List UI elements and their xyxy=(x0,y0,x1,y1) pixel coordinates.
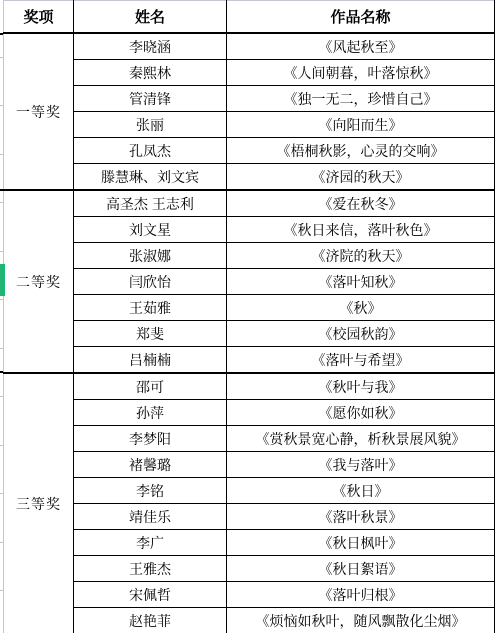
name-cell: 靖佳乐 xyxy=(74,504,227,530)
award-group-cell: 一等奖 xyxy=(4,33,74,190)
work-cell: 《风起秋至》 xyxy=(227,33,495,60)
work-cell: 《秋日》 xyxy=(227,478,495,504)
name-cell: 高圣杰 王志利 xyxy=(74,190,227,217)
col-header-work: 作品名称 xyxy=(227,1,495,34)
work-cell: 《落叶归根》 xyxy=(227,582,495,608)
work-cell: 《我与落叶》 xyxy=(227,452,495,478)
awards-table: 奖项 姓名 作品名称 一等奖 李晓涵 《风起秋至》 秦熙林 《人间朝暮，叶落惊秋… xyxy=(3,0,495,633)
work-cell: 《赏秋景宽心静，析秋景展风貌》 xyxy=(227,426,495,452)
work-cell: 《落叶知秋》 xyxy=(227,269,495,295)
table-row: 张淑娜 《济院的秋天》 xyxy=(4,243,495,269)
table-row: 管清锋 《独一无二，珍惜自己》 xyxy=(4,86,495,112)
award-group-cell: 二等奖 xyxy=(4,190,74,373)
name-cell: 秦熙林 xyxy=(74,60,227,86)
name-cell: 滕慧琳、刘文宾 xyxy=(74,164,227,191)
name-cell: 李梦阳 xyxy=(74,426,227,452)
name-cell: 褚馨璐 xyxy=(74,452,227,478)
table-row: 秦熙林 《人间朝暮，叶落惊秋》 xyxy=(4,60,495,86)
table-row: 王茹雅 《秋》 xyxy=(4,295,495,321)
table-row: 孔凤杰 《梧桐秋影，心灵的交响》 xyxy=(4,138,495,164)
table-row: 刘文星 《秋日来信，落叶秋色》 xyxy=(4,217,495,243)
header-row: 奖项 姓名 作品名称 xyxy=(4,1,495,34)
table-row: 孙萍 《愿你如秋》 xyxy=(4,400,495,426)
name-cell: 管清锋 xyxy=(74,86,227,112)
table-row: 李广 《秋日枫叶》 xyxy=(4,530,495,556)
name-cell: 闫欣怡 xyxy=(74,269,227,295)
col-header-name: 姓名 xyxy=(74,1,227,34)
name-cell: 李广 xyxy=(74,530,227,556)
work-cell: 《爱在秋冬》 xyxy=(227,190,495,217)
name-cell: 赵艳菲 xyxy=(74,608,227,633)
work-cell: 《秋叶与我》 xyxy=(227,373,495,400)
name-cell: 邵可 xyxy=(74,373,227,400)
name-cell: 张淑娜 xyxy=(74,243,227,269)
selection-indicator xyxy=(0,264,5,296)
table-row: 李梦阳 《赏秋景宽心静，析秋景展风貌》 xyxy=(4,426,495,452)
work-cell: 《人间朝暮，叶落惊秋》 xyxy=(227,60,495,86)
name-cell: 李晓涵 xyxy=(74,33,227,60)
col-header-award: 奖项 xyxy=(4,1,74,34)
table-row: 赵艳菲 《烦恼如秋叶，随风飘散化尘烟》 xyxy=(4,608,495,633)
work-cell: 《落叶秋景》 xyxy=(227,504,495,530)
name-cell: 孔凤杰 xyxy=(74,138,227,164)
name-cell: 王雅杰 xyxy=(74,556,227,582)
work-cell: 《秋日来信，落叶秋色》 xyxy=(227,217,495,243)
name-cell: 王茹雅 xyxy=(74,295,227,321)
name-cell: 刘文星 xyxy=(74,217,227,243)
table-row: 滕慧琳、刘文宾 《济园的秋天》 xyxy=(4,164,495,191)
table-row: 王雅杰 《秋日絮语》 xyxy=(4,556,495,582)
award-group-cell: 三等奖 xyxy=(4,373,74,633)
table-row: 张丽 《向阳而生》 xyxy=(4,112,495,138)
table-row: 二等奖 高圣杰 王志利 《爱在秋冬》 xyxy=(4,190,495,217)
work-cell: 《烦恼如秋叶，随风飘散化尘烟》 xyxy=(227,608,495,633)
table-row: 一等奖 李晓涵 《风起秋至》 xyxy=(4,33,495,60)
work-cell: 《济园的秋天》 xyxy=(227,164,495,191)
work-cell: 《向阳而生》 xyxy=(227,112,495,138)
table-row: 李铭 《秋日》 xyxy=(4,478,495,504)
table-row: 褚馨璐 《我与落叶》 xyxy=(4,452,495,478)
table-row: 三等奖 邵可 《秋叶与我》 xyxy=(4,373,495,400)
name-cell: 宋佩哲 xyxy=(74,582,227,608)
work-cell: 《秋》 xyxy=(227,295,495,321)
table-row: 郑斐 《校园秋韵》 xyxy=(4,321,495,347)
work-cell: 《独一无二，珍惜自己》 xyxy=(227,86,495,112)
name-cell: 李铭 xyxy=(74,478,227,504)
awards-table-wrap: 奖项 姓名 作品名称 一等奖 李晓涵 《风起秋至》 秦熙林 《人间朝暮，叶落惊秋… xyxy=(3,0,495,633)
work-cell: 《秋日枫叶》 xyxy=(227,530,495,556)
work-cell: 《秋日絮语》 xyxy=(227,556,495,582)
work-cell: 《济院的秋天》 xyxy=(227,243,495,269)
work-cell: 《落叶与希望》 xyxy=(227,347,495,374)
table-row: 闫欣怡 《落叶知秋》 xyxy=(4,269,495,295)
table-row: 吕楠楠 《落叶与希望》 xyxy=(4,347,495,374)
name-cell: 张丽 xyxy=(74,112,227,138)
name-cell: 郑斐 xyxy=(74,321,227,347)
work-cell: 《梧桐秋影，心灵的交响》 xyxy=(227,138,495,164)
name-cell: 孙萍 xyxy=(74,400,227,426)
table-row: 宋佩哲 《落叶归根》 xyxy=(4,582,495,608)
work-cell: 《愿你如秋》 xyxy=(227,400,495,426)
work-cell: 《校园秋韵》 xyxy=(227,321,495,347)
spreadsheet-table-view: 奖项 姓名 作品名称 一等奖 李晓涵 《风起秋至》 秦熙林 《人间朝暮，叶落惊秋… xyxy=(0,0,495,633)
name-cell: 吕楠楠 xyxy=(74,347,227,374)
table-row: 靖佳乐 《落叶秋景》 xyxy=(4,504,495,530)
